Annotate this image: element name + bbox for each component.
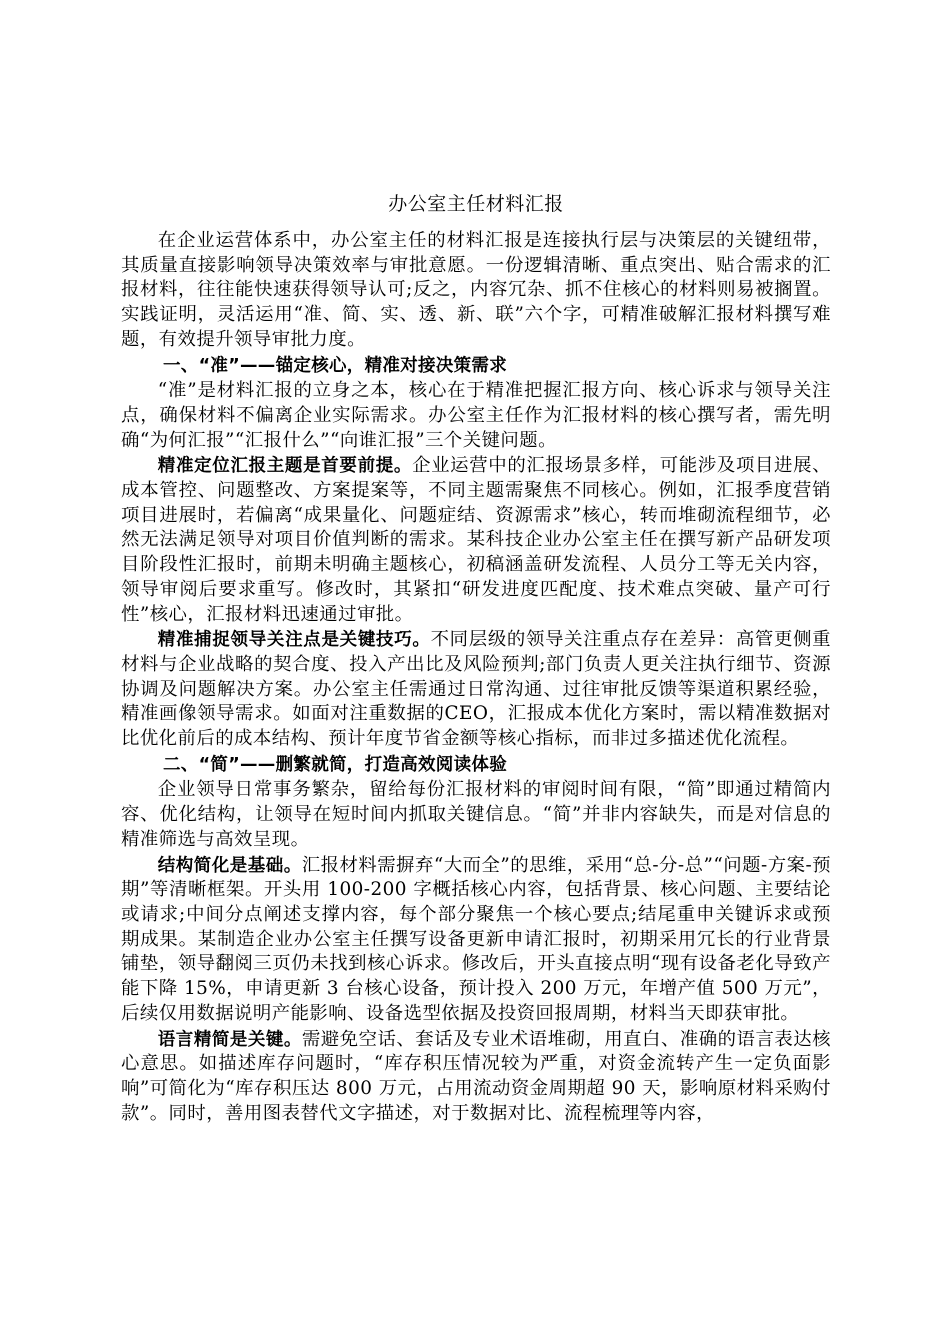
section-heading-1: 一、“准”——锚定核心，精准对接决策需求	[121, 354, 831, 379]
intro-paragraph: 在企业运营体系中，办公室主任的材料汇报是连接执行层与决策层的关键纽带，其质量直接…	[121, 229, 831, 353]
paragraph-lead-bold: 精准定位汇报主题是首要前提。	[158, 456, 412, 476]
paragraph-lead-bold: 语言精简是关键。	[158, 1030, 302, 1050]
document-title: 办公室主任材料汇报	[121, 189, 831, 219]
document-page: 办公室主任材料汇报 在企业运营体系中，办公室主任的材料汇报是连接执行层与决策层的…	[121, 189, 831, 1127]
section-2-paragraph-3: 语言精简是关键。需避免空话、套话及专业术语堆砌，用直白、准确的语言表达核心意思。…	[121, 1028, 831, 1127]
section-1-paragraph-1: “准”是材料汇报的立身之本，核心在于精准把握汇报方向、核心诉求与领导关注点，确保…	[121, 379, 831, 453]
section-heading-2: 二、“简”——删繁就简，打造高效阅读体验	[121, 753, 831, 778]
section-2-paragraph-1: 企业领导日常事务繁杂，留给每份汇报材料的审阅时间有限，“简”即通过精简内容、优化…	[121, 778, 831, 852]
section-1-paragraph-2: 精准定位汇报主题是首要前提。企业运营中的汇报场景多样，可能涉及项目进展、成本管控…	[121, 454, 831, 627]
paragraph-body: 汇报材料需摒弃“大而全”的思维，采用“总-分-总”“问题-方案-预期”等清晰框架…	[121, 855, 831, 1024]
section-1-paragraph-3: 精准捕捉领导关注点是关键技巧。不同层级的领导关注重点存在差异：高管更侧重材料与企…	[121, 628, 831, 752]
paragraph-lead-bold: 结构简化是基础。	[158, 856, 302, 876]
section-2-paragraph-2: 结构简化是基础。汇报材料需摒弃“大而全”的思维，采用“总-分-总”“问题-方案-…	[121, 854, 831, 1027]
paragraph-lead-bold: 精准捕捉领导关注点是关键技巧。	[158, 630, 431, 650]
paragraph-body: 企业运营中的汇报场景多样，可能涉及项目进展、成本管控、问题整改、方案提案等，不同…	[121, 455, 831, 624]
